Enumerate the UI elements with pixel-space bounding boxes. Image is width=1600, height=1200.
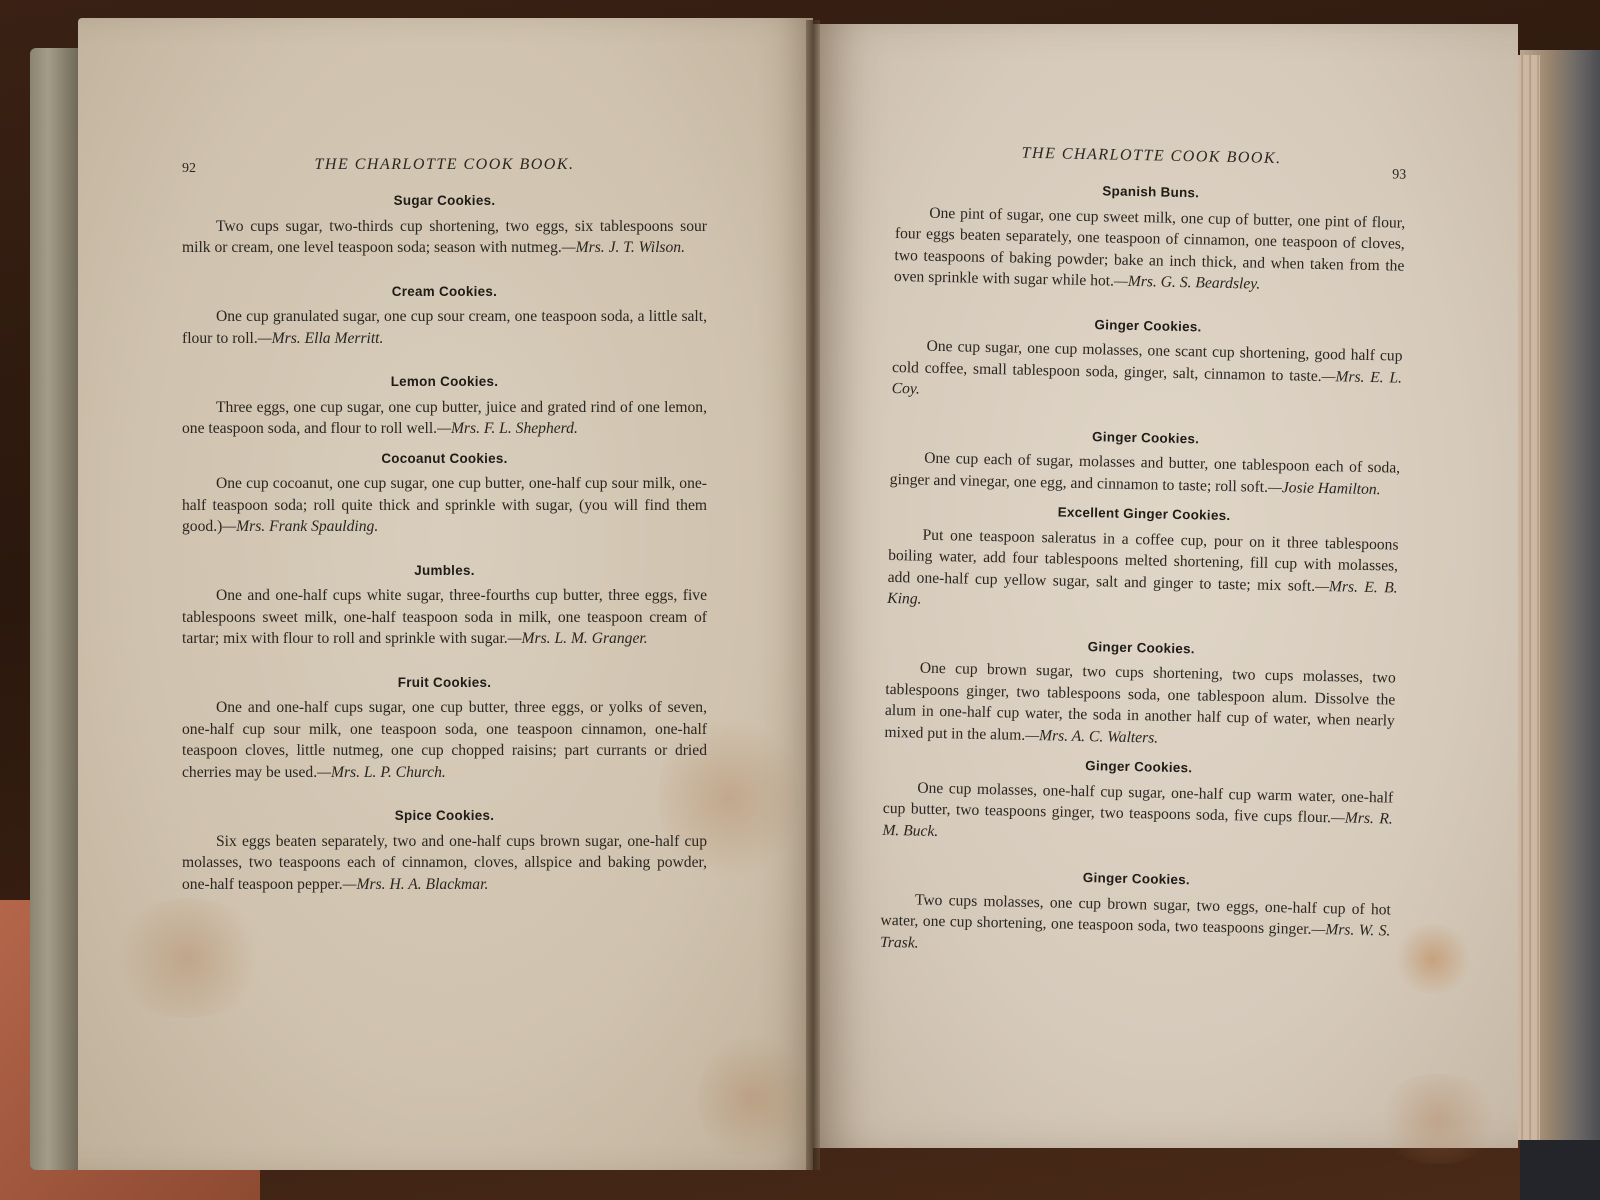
recipe-body: One and one-half cups white sugar, three…	[182, 585, 707, 650]
stain	[1393, 924, 1473, 994]
recipe-body: One cup molasses, one-half cup sugar, on…	[882, 776, 1393, 851]
stain	[1373, 1074, 1503, 1164]
recipe-title: Cream Cookies.	[182, 281, 707, 303]
recipe: Ginger Cookies. Two cups molasses, one c…	[880, 863, 1392, 964]
recipe-author: —Mrs. Frank Spaulding.	[222, 518, 378, 535]
stain	[108, 898, 268, 1018]
running-head: 92 THE CHARLOTTE COOK BOOK.	[182, 148, 707, 182]
recipe-body: One and one-half cups sugar, one cup but…	[182, 697, 707, 783]
recipe-author: —Mrs. J. T. Wilson.	[562, 239, 685, 256]
recipe-body: Two cups molasses, one cup brown sugar, …	[880, 888, 1391, 963]
recipe: Ginger Cookies. One cup molasses, one-ha…	[882, 751, 1394, 852]
recipe-author: —Mrs. L. M. Granger.	[508, 630, 648, 647]
table-object	[1520, 1140, 1600, 1200]
recipe: Spanish Buns. One pint of sugar, one cup…	[894, 176, 1406, 298]
recipe: Spice Cookies. Six eggs beaten separatel…	[182, 805, 707, 895]
recipe-body: One cup sugar, one cup molasses, one sca…	[891, 335, 1402, 410]
page-number: 92	[182, 152, 196, 186]
recipe: Fruit Cookies. One and one-half cups sug…	[182, 672, 707, 784]
recipe-title: Jumbles.	[182, 560, 707, 582]
left-page-text: 92 THE CHARLOTTE COOK BOOK. Sugar Cookie…	[182, 148, 707, 895]
recipe-title: Lemon Cookies.	[182, 371, 707, 393]
stain	[698, 1028, 808, 1168]
running-head: THE CHARLOTTE COOK BOOK. 93	[896, 134, 1407, 179]
recipe-body: Put one teaspoon saleratus in a coffee c…	[887, 523, 1399, 620]
right-page: THE CHARLOTTE COOK BOOK. 93 Spanish Buns…	[813, 24, 1518, 1148]
recipe-title: Cocoanut Cookies.	[182, 448, 707, 470]
recipe-author: —Mrs. G. S. Beardsley.	[1114, 273, 1261, 293]
recipe-author: —Mrs. H. A. Blackmar.	[343, 876, 489, 893]
recipe-body: Two cups sugar, two-thirds cup shortenin…	[182, 216, 707, 259]
right-page-text: THE CHARLOTTE COOK BOOK. 93 Spanish Buns…	[880, 134, 1407, 964]
recipe-body: Three eggs, one cup sugar, one cup butte…	[182, 397, 707, 440]
recipe-body: Six eggs beaten separately, two and one-…	[182, 831, 707, 896]
recipe-title: Fruit Cookies.	[182, 672, 707, 694]
recipe: Jumbles. One and one-half cups white sug…	[182, 560, 707, 650]
recipe: Sugar Cookies. Two cups sugar, two-third…	[182, 190, 707, 259]
recipe: Ginger Cookies. One cup sugar, one cup m…	[891, 309, 1403, 410]
book-title: THE CHARLOTTE COOK BOOK.	[314, 156, 574, 173]
recipe-author: —Mrs. Ella Merritt.	[258, 330, 384, 347]
recipe-body: One pint of sugar, one cup sweet milk, o…	[894, 201, 1406, 298]
recipe: Lemon Cookies. Three eggs, one cup sugar…	[182, 371, 707, 440]
recipe: Cocoanut Cookies. One cup cocoanut, one …	[182, 448, 707, 538]
page-number: 93	[1392, 158, 1407, 192]
recipe-body: One cup brown sugar, two cups shortening…	[884, 657, 1396, 754]
book-title: THE CHARLOTTE COOK BOOK.	[1021, 145, 1281, 167]
recipe: Excellent Ginger Cookies. Put one teaspo…	[887, 498, 1399, 620]
recipe-body: One cup granulated sugar, one cup sour c…	[182, 306, 707, 349]
recipe-author: —Mrs. L. P. Church.	[317, 764, 446, 781]
recipe-body: One cup each of sugar, molasses and butt…	[890, 447, 1401, 501]
recipe-title: Sugar Cookies.	[182, 190, 707, 212]
recipe: Ginger Cookies. One cup brown sugar, two…	[884, 631, 1396, 753]
recipe-author: —Mrs. F. L. Shepherd.	[437, 420, 578, 437]
recipe-title: Spice Cookies.	[182, 805, 707, 827]
recipe: Ginger Cookies. One cup each of sugar, m…	[890, 421, 1401, 500]
book-gutter	[806, 20, 820, 1170]
left-page: 92 THE CHARLOTTE COOK BOOK. Sugar Cookie…	[78, 18, 813, 1170]
recipe-body: One cup cocoanut, one cup sugar, one cup…	[182, 473, 707, 538]
recipe-author: —Josie Hamilton.	[1268, 478, 1381, 497]
recipe: Cream Cookies. One cup granulated sugar,…	[182, 281, 707, 350]
recipe-author: —Mrs. A. C. Walters.	[1025, 726, 1158, 746]
